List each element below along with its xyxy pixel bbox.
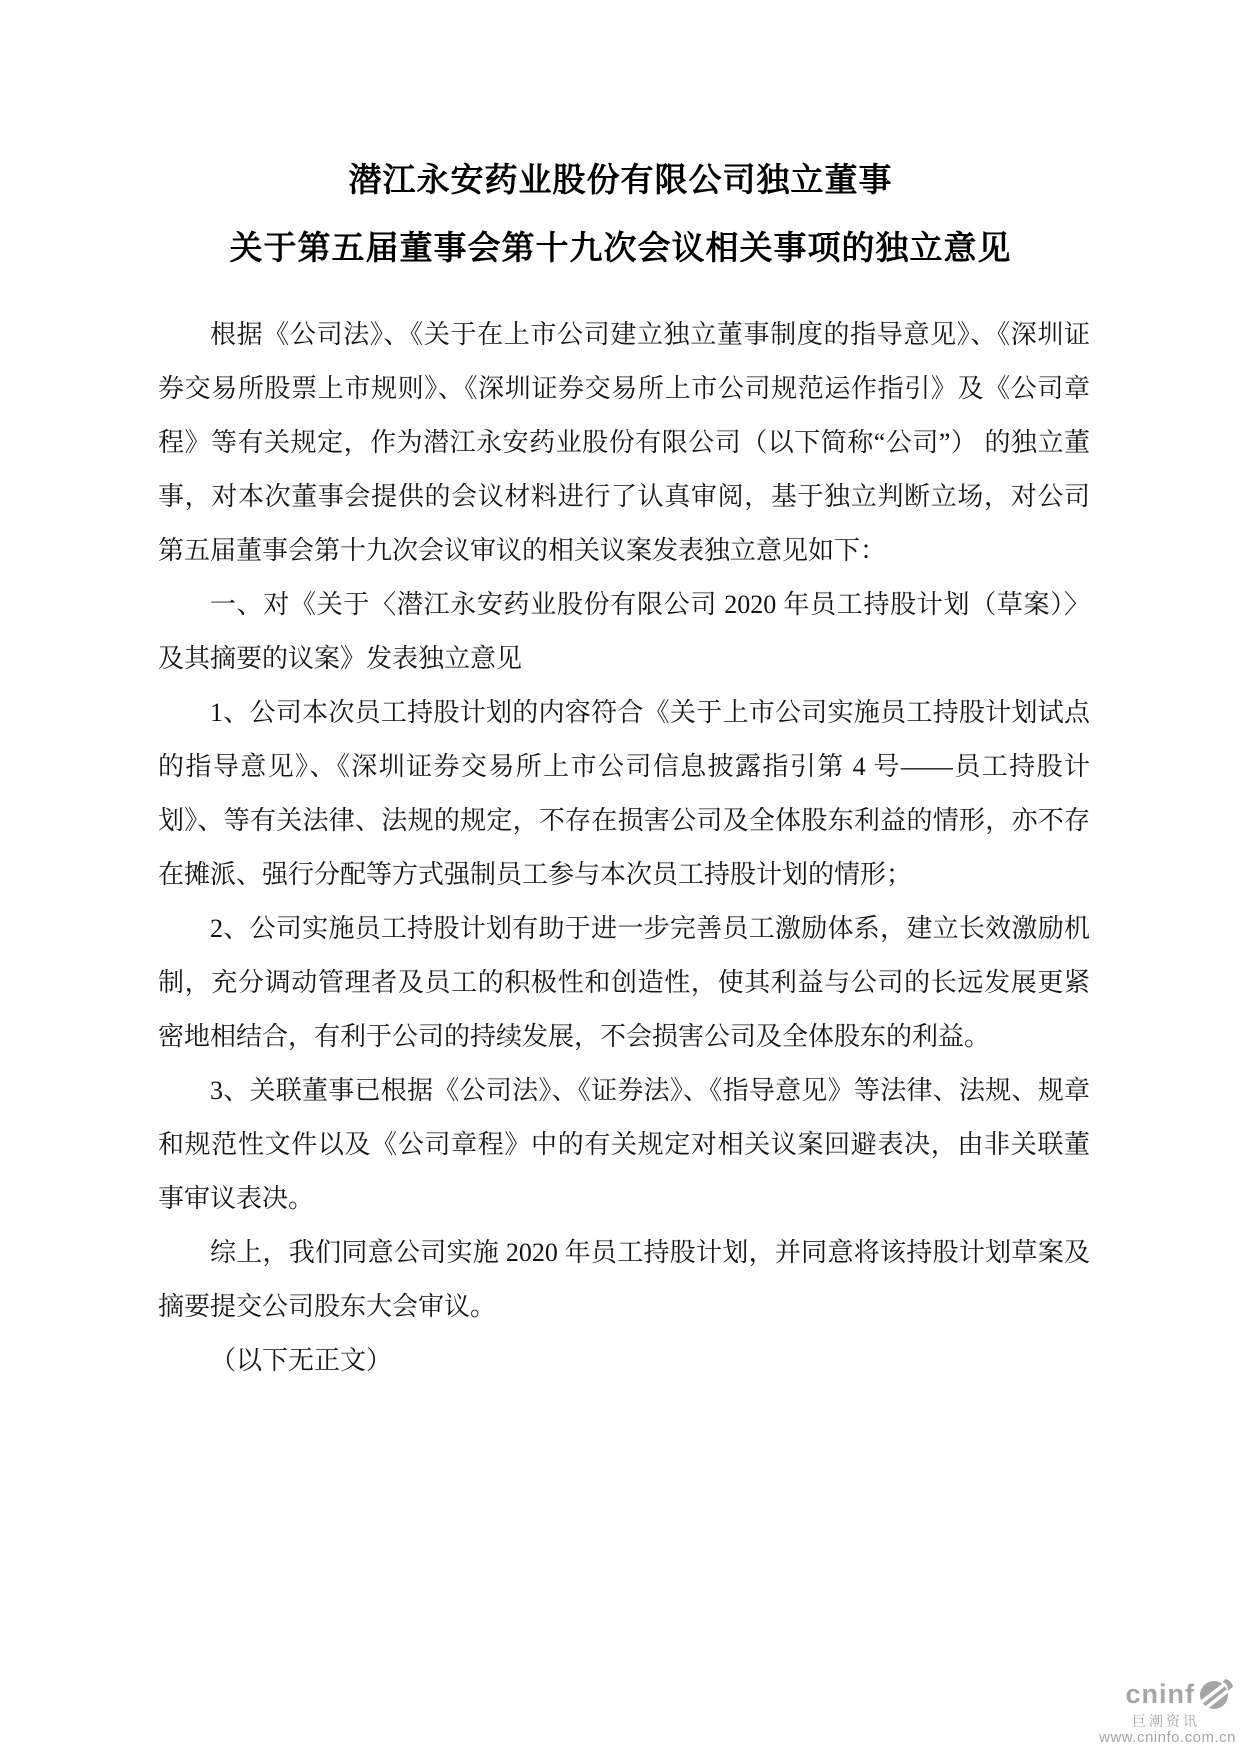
cninfo-brand-text: cninf — [1126, 1681, 1196, 1708]
cninfo-watermark: cninf 巨潮资讯 www.cninfo.com.cn — [1086, 1677, 1236, 1745]
paragraph-conclusion: 综上，我们同意公司实施 2020 年员工持股计划，并同意将该持股计划草案及摘要提… — [158, 1226, 1090, 1334]
document-body: 根据《公司法》、《关于在上市公司建立独立董事制度的指导意见》、《深圳证券交易所股… — [158, 308, 1090, 1388]
paragraph-opinion-2: 2、公司实施员工持股计划有助于进一步完善员工激励体系，建立长效激励机制，充分调动… — [158, 902, 1090, 1064]
paragraph-no-more-text: （以下无正文） — [158, 1334, 1090, 1388]
cninfo-url: www.cninfo.com.cn — [1086, 1730, 1236, 1745]
cninfo-swoosh-icon — [1198, 1677, 1234, 1711]
paragraph-opinion-3: 3、关联董事已根据《公司法》、《证券法》、《指导意见》等法律、法规、规章和规范性… — [158, 1064, 1090, 1226]
paragraph-section-one-heading: 一、对《关于〈潜江永安药业股份有限公司 2020 年员工持股计划（草案）〉及其摘… — [158, 578, 1090, 686]
cninfo-brand-row: cninf — [1086, 1677, 1236, 1711]
document-page: 潜江永安药业股份有限公司独立董事 关于第五届董事会第十九次会议相关事项的独立意见… — [0, 0, 1241, 1754]
paragraph-opinion-1: 1、公司本次员工持股计划的内容符合《关于上市公司实施员工持股计划试点的指导意见》… — [158, 686, 1090, 902]
document-title-line1: 潜江永安药业股份有限公司独立董事 — [0, 146, 1241, 214]
cninfo-brand-chinese: 巨潮资讯 — [1086, 1714, 1200, 1728]
document-title-line2: 关于第五届董事会第十九次会议相关事项的独立意见 — [0, 214, 1241, 282]
paragraph-basis: 根据《公司法》、《关于在上市公司建立独立董事制度的指导意见》、《深圳证券交易所股… — [158, 308, 1090, 578]
